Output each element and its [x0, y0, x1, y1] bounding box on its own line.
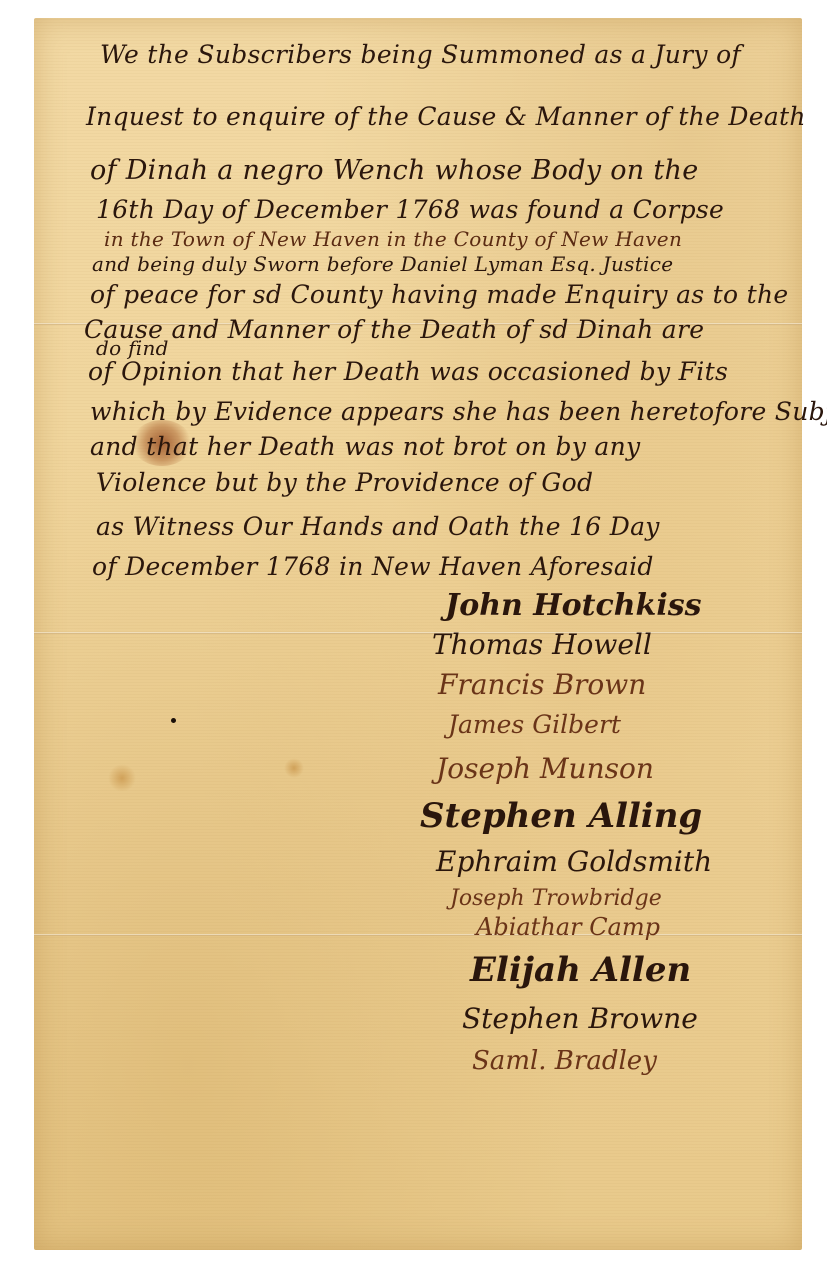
body-line-11: and that her Death was not brot on by an…	[90, 432, 640, 461]
signature-3: Francis Brown	[438, 668, 646, 701]
signature-10: Elijah Allen	[470, 950, 691, 990]
ink-dot	[171, 718, 176, 723]
signature-7: Ephraim Goldsmith	[436, 845, 712, 878]
body-line-14: of December 1768 in New Haven Aforesaid	[92, 552, 654, 581]
body-line-7: of peace for sd County having made Enqui…	[90, 280, 788, 309]
body-line-12: Violence but by the Providence of God	[96, 468, 593, 497]
body-line-1: We the Subscribers being Summoned as a J…	[100, 40, 741, 69]
fold-line	[34, 934, 802, 936]
age-spot	[108, 764, 136, 792]
signature-8: Joseph Trowbridge	[450, 886, 662, 911]
signature-6: Stephen Alling	[420, 796, 702, 836]
body-line-4: 16th Day of December 1768 was found a Co…	[96, 195, 724, 224]
body-line-2: Inquest to enquire of the Cause & Manner…	[86, 102, 806, 131]
body-line-6: and being duly Sworn before Daniel Lyman…	[92, 252, 673, 276]
signature-1: John Hotchkiss	[445, 588, 702, 623]
body-line-5: in the Town of New Haven in the County o…	[104, 227, 682, 251]
signature-5: Joseph Munson	[436, 752, 654, 785]
body-line-13: as Witness Our Hands and Oath the 16 Day	[96, 512, 660, 541]
body-line-8: Cause and Manner of the Death of sd Dina…	[84, 315, 704, 344]
signature-4: James Gilbert	[448, 710, 621, 739]
fold-line	[34, 632, 802, 634]
body-line-3: of Dinah a negro Wench whose Body on the	[90, 155, 699, 186]
signature-2: Thomas Howell	[432, 628, 652, 661]
age-spot	[284, 758, 304, 778]
signature-9: Abiathar Camp	[476, 913, 660, 941]
body-line-10: which by Evidence appears she has been h…	[90, 397, 827, 426]
body-line-9: of Opinion that her Death was occasioned…	[88, 357, 728, 386]
signature-12: Saml. Bradley	[472, 1046, 657, 1076]
signature-11: Stephen Browne	[462, 1002, 698, 1035]
